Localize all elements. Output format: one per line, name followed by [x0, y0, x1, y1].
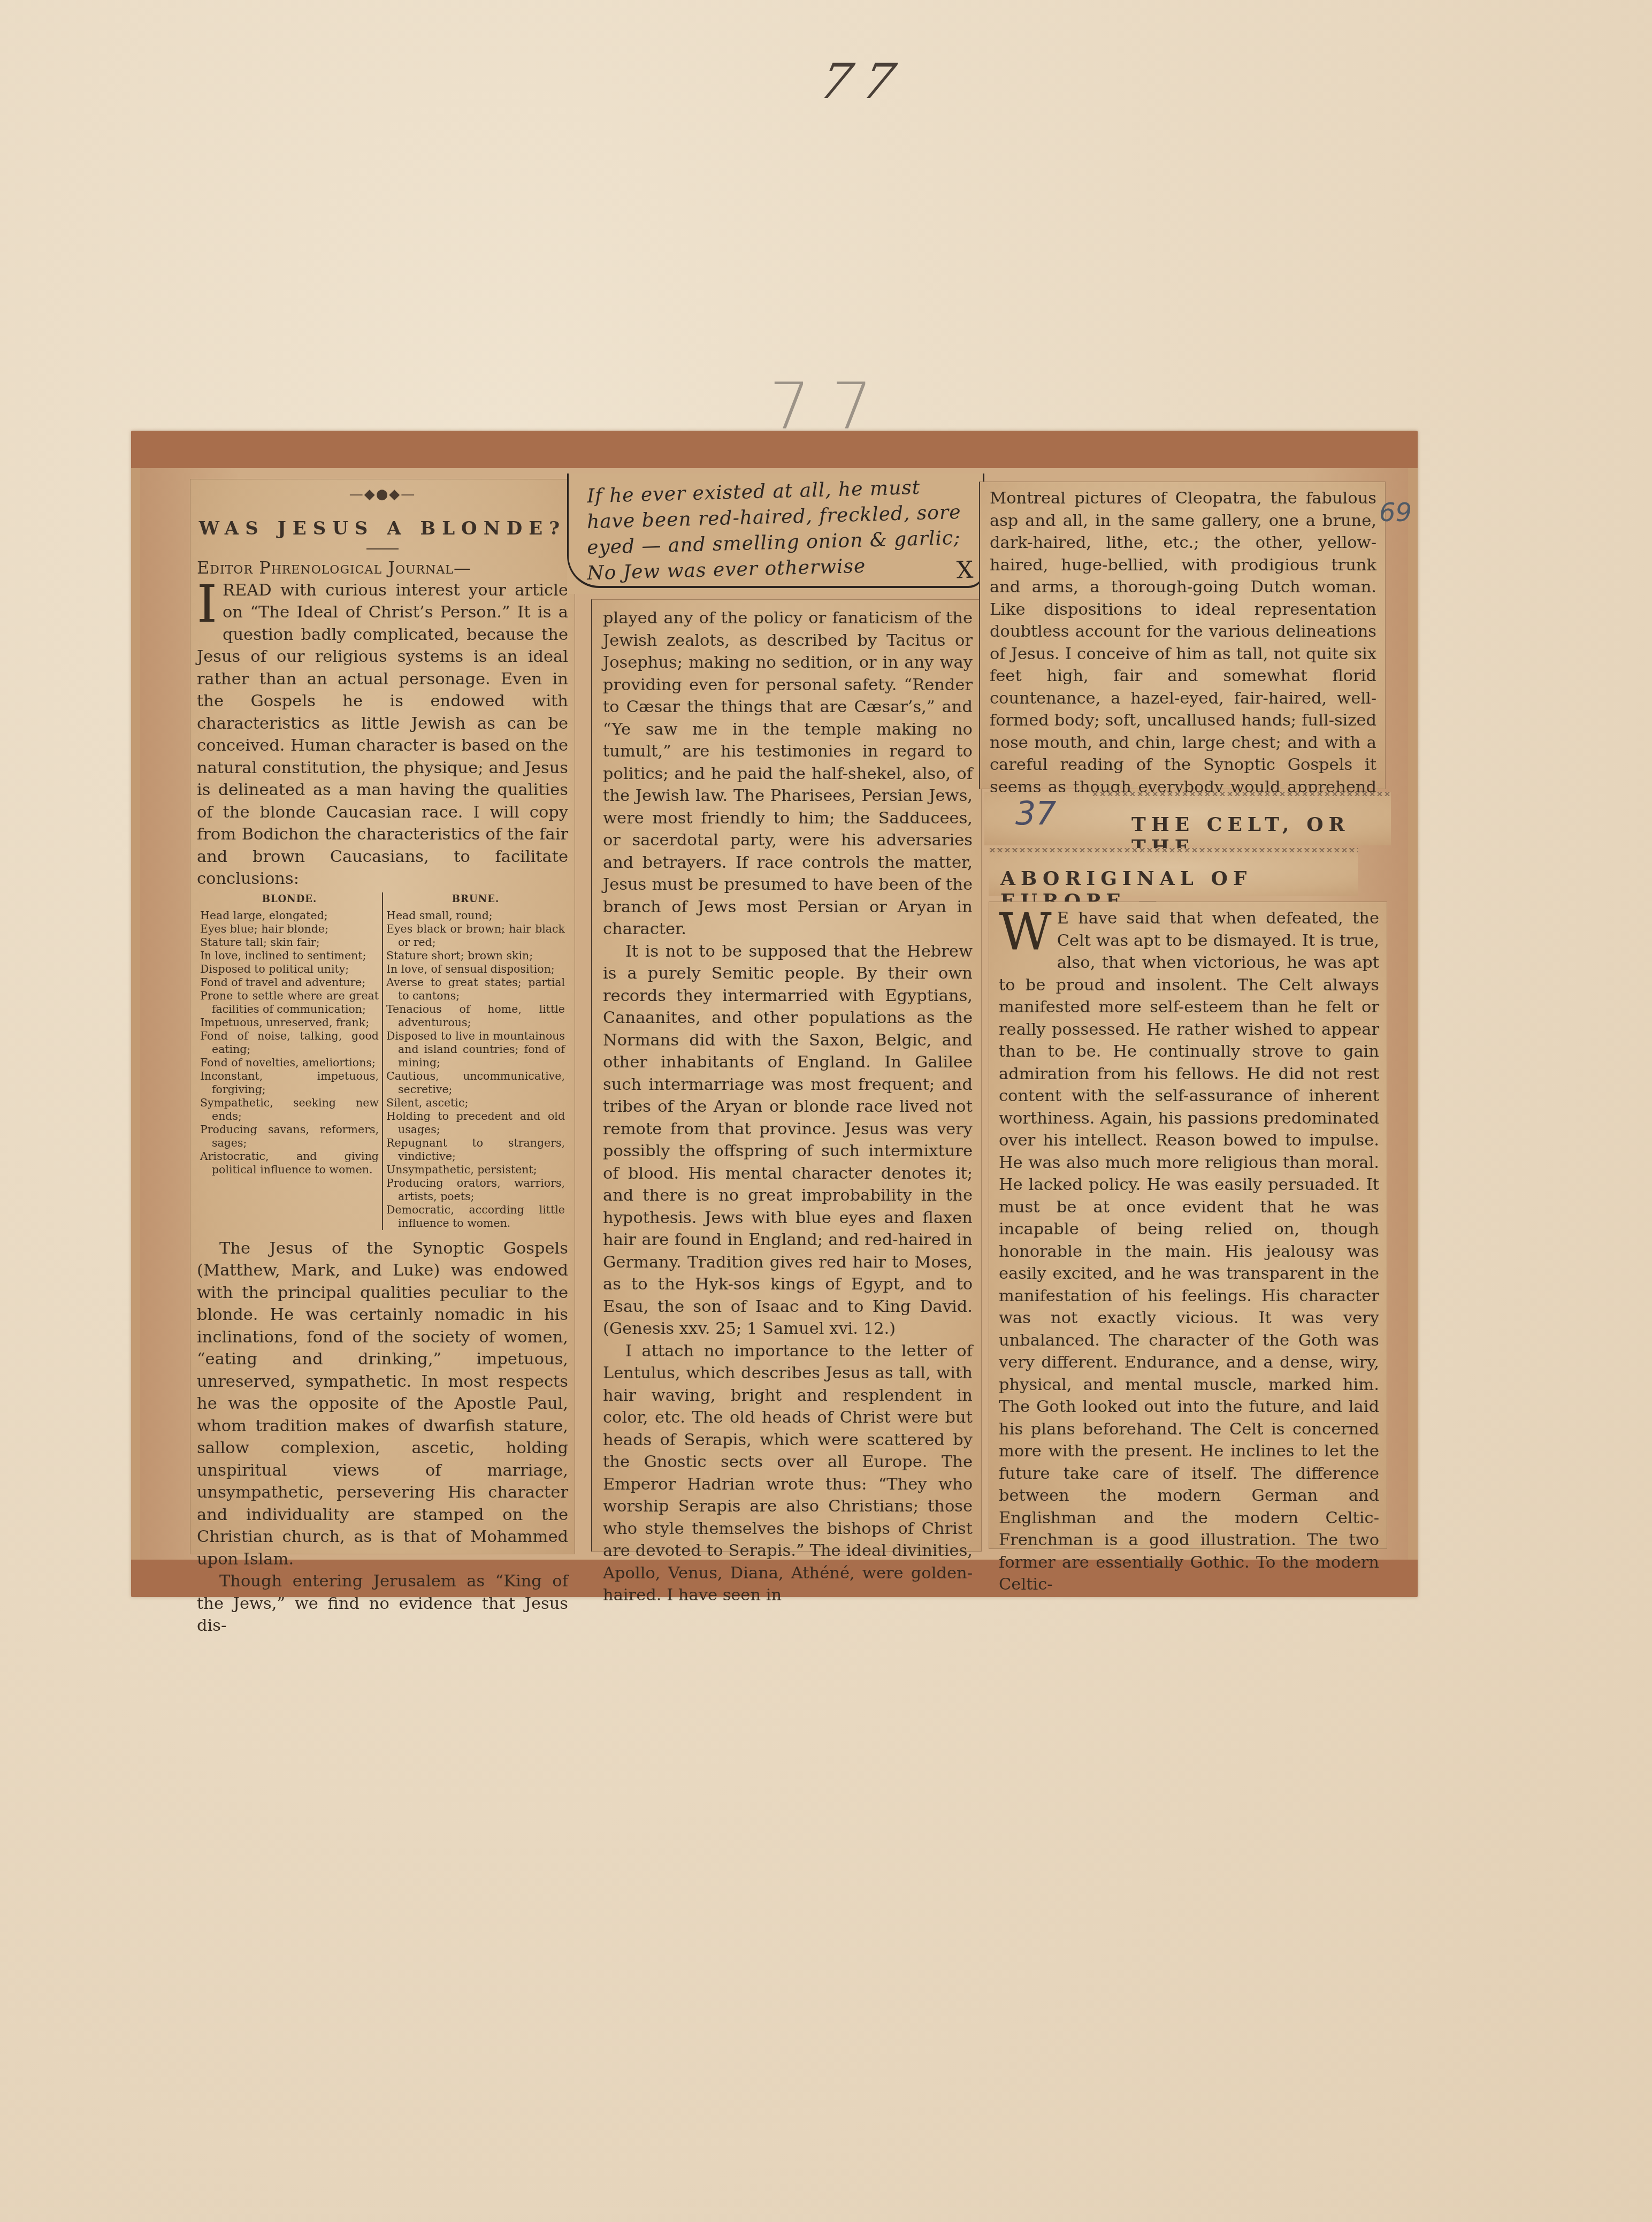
table-item: Fond of travel and adventure; — [200, 976, 379, 989]
paragraph: Though entering Jerusalem as “King of th… — [197, 1570, 568, 1637]
paragraph: WE have said that when defeated, the Cel… — [999, 907, 1379, 1596]
table-item: Democratic, according little influence t… — [386, 1203, 565, 1230]
title-ornament: —◆●◆— — [197, 484, 568, 506]
clipping-column-2: played any of the policy or fanaticism o… — [591, 599, 982, 1552]
clipping-column-1: —◆●◆— WAS JESUS A BLONDE? Editor Phrenol… — [190, 479, 575, 1554]
table-item: Eyes black or brown; hair black or red; — [386, 922, 565, 949]
table-item: Cautious, uncommunicative, secretive; — [386, 1070, 565, 1096]
table-item: Unsympathetic, persistent; — [386, 1163, 565, 1177]
table-item: Stature short; brown skin; — [386, 949, 565, 963]
wavy-rule — [1091, 792, 1391, 796]
drop-cap: W — [999, 911, 1052, 953]
table-item: In love, of sensual disposition; — [386, 963, 565, 976]
wavy-rule — [989, 848, 1358, 852]
table-item: Head large, elongated; — [200, 909, 379, 922]
table-item: Disposed to live in mountainous and isla… — [386, 1029, 565, 1070]
table-item: Averse to great states; partial to canto… — [386, 976, 565, 1003]
table-item: Sympathetic, seeking new ends; — [200, 1096, 379, 1123]
table-item: Aristocratic, and giving political influ… — [200, 1150, 379, 1177]
brune-column: BRUNE. Head small, round; Eyes black or … — [382, 892, 568, 1230]
blonde-header: BLONDE. — [200, 892, 379, 906]
table-item: Inconstant, impetuous, forgiving; — [200, 1070, 379, 1096]
table-item: Fond of noise, talking, good eating; — [200, 1029, 379, 1056]
clipping-column-3-body: WE have said that when defeated, the Cel… — [989, 902, 1387, 1549]
table-item: In love, inclined to sentiment; — [200, 949, 379, 963]
table-item: Producing orators, warriors, artists, po… — [386, 1177, 565, 1203]
table-item: Stature tall; skin fair; — [200, 936, 379, 949]
salutation: Editor Phrenological Journal— — [197, 557, 568, 579]
blonde-brune-table: BLONDE. Head large, elongated; Eyes blue… — [197, 892, 568, 1230]
handwritten-note-bracket: If he ever existed at all, he must have … — [567, 474, 984, 588]
table-item: Eyes blue; hair blonde; — [200, 922, 379, 936]
headline-strip-1: 37 THE CELT, OR THE — [984, 792, 1391, 845]
paragraph: It is not to be supposed that the Hebrew… — [603, 941, 973, 1340]
title-rule — [366, 548, 399, 549]
table-item: Producing savans, reformers, sages; — [200, 1123, 379, 1150]
handwritten-note-slip: If he ever existed at all, he must have … — [567, 474, 984, 594]
handwritten-x-mark: X — [956, 554, 974, 587]
clipping-number: 37 — [1015, 795, 1056, 833]
headline-strip-2: ABORIGINAL OF EUROPE.— — [989, 848, 1358, 896]
table-item: Head small, round; — [386, 909, 565, 922]
table-item: Disposed to political unity; — [200, 963, 379, 976]
table-item: Repugnant to strangers, vindictive; — [386, 1136, 565, 1163]
table-item: Tenacious of home, little adventurous; — [386, 1003, 565, 1029]
paragraph: Montreal pictures of Cleopatra, the fabu… — [990, 487, 1376, 821]
table-item: Silent, ascetic; — [386, 1096, 565, 1110]
blonde-column: BLONDE. Head large, elongated; Eyes blue… — [197, 892, 382, 1230]
paragraph: I attach no importance to the letter of … — [603, 1340, 973, 1607]
ink-page-number: 77 — [815, 54, 912, 110]
brune-header: BRUNE. — [386, 892, 565, 906]
paragraph: The Jesus of the Synoptic Gospels (Matth… — [197, 1238, 568, 1571]
table-item: Holding to precedent and old usages; — [386, 1110, 565, 1136]
paragraph: IREAD with curious interest your article… — [197, 579, 568, 890]
table-item: Fond of novelties, ameliortions; — [200, 1056, 379, 1070]
table-item: Prone to settle where are great faciliti… — [200, 989, 379, 1016]
table-item: Impetuous, unreserved, frank; — [200, 1016, 379, 1029]
clipping-column-3-top: Montreal pictures of Cleopatra, the fabu… — [979, 482, 1386, 789]
article-title: WAS JESUS A BLONDE? — [197, 518, 568, 540]
drop-cap: I — [197, 583, 217, 625]
margin-note-number: 69 — [1379, 498, 1412, 528]
paragraph: played any of the policy or fanaticism o… — [603, 607, 973, 941]
